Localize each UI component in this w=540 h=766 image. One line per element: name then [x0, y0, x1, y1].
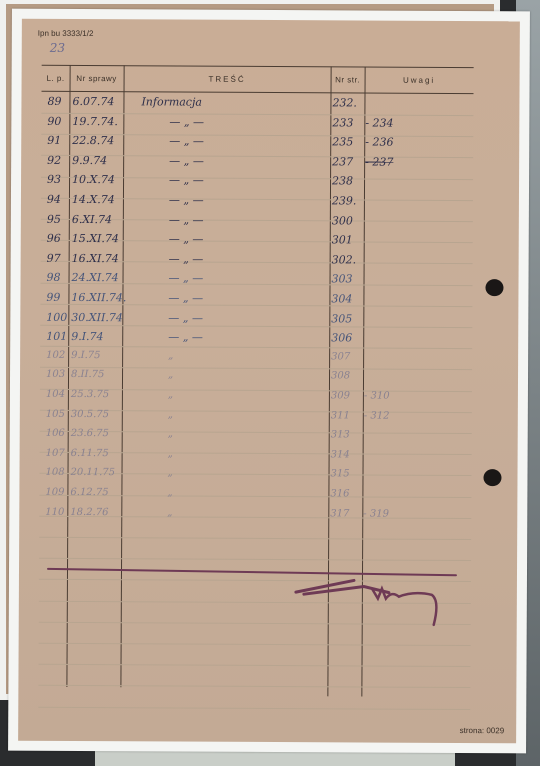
row-lp: 93	[47, 173, 61, 186]
row-uwagi: - 310	[364, 390, 390, 401]
header-nr-sprawy: Nr sprawy	[70, 74, 124, 83]
row-uwagi: - 237	[365, 155, 393, 168]
row-tresc: „	[168, 448, 173, 459]
row-nr-str: 307	[331, 351, 350, 362]
row-nr-sprawy: 9.I.74	[71, 330, 103, 343]
row-nr-str: 239.	[332, 194, 357, 207]
row-tresc: „	[167, 468, 172, 479]
row-nr-str: 232.	[332, 96, 357, 109]
row-nr-sprawy: 6.12.75	[70, 487, 108, 498]
row-nr-sprawy: 25.3.75	[71, 389, 109, 400]
row-lp: 94	[47, 193, 61, 206]
row-tresc: „	[168, 350, 173, 361]
row-tresc: — „ —	[169, 135, 204, 148]
row-lp: 89	[47, 95, 61, 108]
row-uwagi: - 312	[364, 410, 390, 421]
row-lp: 98	[47, 271, 61, 284]
row-tresc: Informacja	[141, 95, 202, 108]
row-tresc: — „ —	[169, 213, 204, 226]
row-lp: 105	[46, 408, 65, 419]
row-nr-str: 303	[331, 273, 352, 286]
row-nr-sprawy: 15.XI.74	[72, 232, 119, 245]
row-tresc: — „ —	[168, 291, 203, 304]
row-nr-str: 314	[331, 449, 350, 460]
row-nr-sprawy: 18.2.76	[70, 507, 108, 518]
row-tresc: — „ —	[169, 174, 204, 187]
header-nr-str: Nr str.	[331, 75, 365, 84]
row-lp: 104	[46, 389, 65, 400]
row-nr-sprawy: 6.11.75	[71, 448, 109, 459]
row-uwagi: - 319	[363, 508, 389, 519]
ruled-line	[40, 346, 472, 349]
row-tresc: — „ —	[169, 193, 204, 206]
header-lp: L. p.	[42, 74, 70, 83]
row-nr-str: 304	[331, 292, 352, 305]
row-lp: 95	[47, 212, 61, 225]
row-tresc: „	[167, 507, 172, 518]
row-nr-str: 306	[331, 332, 352, 345]
row-lp: 92	[47, 154, 61, 167]
ruled-line	[38, 685, 470, 688]
signature-icon	[294, 570, 454, 631]
row-uwagi: - 236	[365, 136, 393, 149]
ruled-line	[40, 325, 472, 328]
header-uwagi: Uwagi	[365, 75, 474, 85]
row-nr-sprawy: 23.6.75	[71, 428, 109, 439]
row-nr-sprawy: 6.XI.74	[72, 213, 112, 226]
ruled-line	[39, 537, 471, 540]
row-nr-str: 316	[330, 488, 349, 499]
row-tresc: — „ —	[169, 115, 204, 128]
row-nr-sprawy: 20.11.75	[70, 467, 115, 478]
row-nr-sprawy: 6.07.74	[72, 95, 114, 108]
row-lp: 96	[47, 232, 61, 245]
row-nr-str: 313	[331, 430, 350, 441]
header-bottom-rule	[42, 91, 474, 94]
header-tresc: TREŚĆ	[124, 74, 331, 84]
row-lp: 110	[45, 506, 64, 517]
ruled-line	[39, 664, 471, 667]
ruled-line	[39, 643, 471, 646]
row-nr-str: 311	[331, 410, 350, 421]
row-nr-str: 300	[332, 214, 353, 227]
row-nr-str: 315	[330, 469, 349, 480]
row-nr-str: 308	[331, 371, 350, 382]
row-nr-sprawy: 8.II.75	[71, 369, 104, 380]
punch-hole	[483, 469, 501, 486]
punch-hole	[485, 279, 503, 296]
row-nr-sprawy: 19.7.74.	[72, 115, 118, 128]
row-tresc: „	[168, 409, 173, 420]
row-tresc: „	[167, 487, 172, 498]
row-lp: 101	[46, 330, 67, 343]
header-top-rule	[42, 65, 474, 68]
row-nr-str: 237	[332, 155, 353, 168]
column-divider	[66, 65, 70, 687]
row-lp: 109	[45, 487, 64, 498]
row-lp: 106	[46, 428, 65, 439]
row-tresc: „	[168, 389, 173, 400]
row-tresc: — „ —	[169, 154, 204, 167]
row-lp: 100	[46, 310, 67, 323]
row-nr-str: 301	[332, 234, 353, 247]
row-tresc: — „ —	[169, 272, 204, 285]
row-lp: 102	[46, 350, 65, 361]
ruled-line	[40, 367, 472, 370]
row-lp: 97	[47, 252, 61, 265]
row-nr-sprawy: 14.X.74	[72, 193, 115, 206]
row-lp: 99	[46, 291, 60, 304]
archive-reference: Ipn bu 3333/1/2	[38, 29, 94, 38]
row-nr-str: 238	[332, 175, 353, 188]
row-nr-sprawy: 30.5.75	[71, 409, 109, 420]
row-nr-str: 309	[331, 390, 350, 401]
row-tresc: „	[168, 370, 173, 381]
row-nr-sprawy: 24.XI.74	[72, 271, 119, 284]
row-lp: 107	[46, 448, 65, 459]
row-nr-str: 317	[330, 508, 349, 519]
ruled-line	[39, 558, 471, 561]
row-nr-str: 235	[332, 136, 353, 149]
row-nr-sprawy: 30.XII.74	[71, 311, 123, 324]
row-tresc: „	[168, 429, 173, 440]
row-nr-sprawy: 22.8.74	[72, 134, 114, 147]
row-nr-sprawy: 16.XII.74.	[71, 291, 126, 304]
register-card: Ipn bu 3333/1/2 23 L. p. Nr sprawy TREŚĆ…	[18, 19, 520, 744]
page-counter: strona: 0029	[460, 726, 505, 735]
row-nr-str: 305	[331, 312, 352, 325]
folio-number: 23	[50, 41, 65, 55]
row-uwagi: - 234	[365, 116, 393, 129]
row-lp: 103	[46, 369, 65, 380]
row-tresc: — „ —	[168, 331, 203, 344]
row-lp: 90	[47, 114, 61, 127]
row-nr-str: 302.	[332, 253, 357, 266]
row-tresc: — „ —	[169, 233, 204, 246]
ruled-line	[38, 706, 470, 709]
row-tresc: — „ —	[168, 311, 203, 324]
row-nr-sprawy: 10.X.74	[72, 173, 115, 186]
row-nr-sprawy: 9.I.75	[71, 350, 100, 361]
row-nr-sprawy: 9.9.74	[72, 154, 107, 167]
row-nr-sprawy: 16.XI.74	[72, 252, 119, 265]
register-table: L. p. Nr sprawy TREŚĆ Nr str. Uwagi 896.…	[38, 65, 473, 699]
row-lp: 108	[45, 467, 64, 478]
row-tresc: — „ —	[169, 252, 204, 265]
row-lp: 91	[47, 134, 61, 147]
row-nr-str: 233	[332, 116, 353, 129]
column-divider	[120, 65, 124, 687]
